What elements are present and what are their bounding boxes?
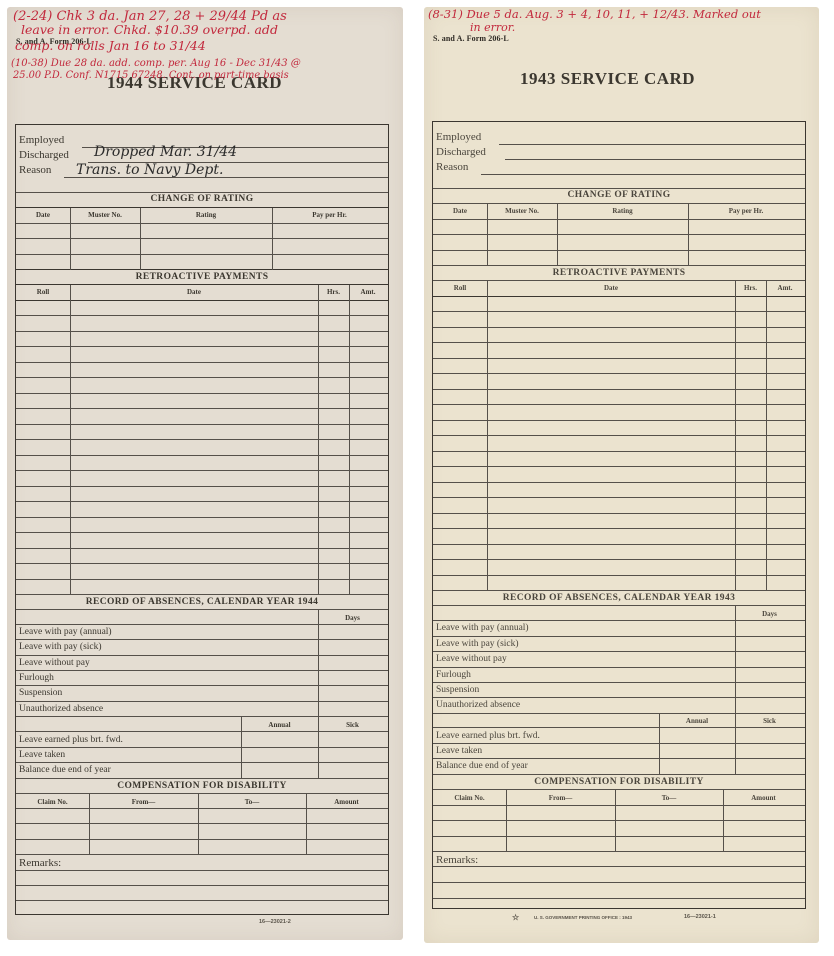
change-of-rating-header-row: CHANGE OF RATING [16,192,388,208]
sick-label: Sick [735,717,804,725]
balance-row[interactable]: Leave earned plus brt. fwd. [16,732,388,748]
table-row[interactable] [16,239,388,255]
table-row[interactable] [16,549,388,565]
remarks-line[interactable] [16,871,388,886]
remarks-line[interactable] [433,867,805,883]
table-row[interactable] [433,405,805,421]
table-row[interactable] [433,529,805,545]
absence-row[interactable]: Leave with pay (sick) [16,640,388,656]
balance-row[interactable]: Balance due end of year [16,763,388,779]
col-to: To— [615,794,723,802]
table-row[interactable] [16,363,388,379]
table-row[interactable] [433,837,805,852]
table-row[interactable] [433,312,805,328]
remarks-row[interactable]: Remarks: [433,852,805,867]
table-row[interactable] [16,316,388,332]
change-of-rating-heading: CHANGE OF RATING [433,190,805,200]
annual-label: Annual [241,721,318,729]
col-claim-no: Claim No. [433,794,506,802]
card-title: 1943 SERVICE CARD [520,69,695,89]
absence-row[interactable]: Leave with pay (sick) [433,637,805,652]
table-row[interactable] [16,332,388,348]
form-code: 16—23021-1 [684,914,716,920]
table-row[interactable] [16,840,388,855]
table-row[interactable] [433,359,805,375]
table-row[interactable] [16,347,388,363]
red-annotation-line: (8-31) Due 5 da. Aug. 3 + 4, 10, 11, + 1… [428,9,761,21]
balance-row[interactable]: Balance due end of year [433,759,805,775]
table-row[interactable] [16,301,388,317]
col-from: From— [506,794,615,802]
employed-field[interactable] [499,144,805,145]
discharged-field[interactable] [505,159,805,160]
retroactive-payments-heading: RETROACTIVE PAYMENTS [16,272,388,282]
printer-imprint: U. S. GOVERNMENT PRINTING OFFICE : 1943 [534,915,632,920]
retroactive-payments-heading: RETROACTIVE PAYMENTS [433,268,805,278]
table-row[interactable] [433,328,805,344]
table-row[interactable] [16,394,388,410]
disability-heading: COMPENSATION FOR DISABILITY [433,777,805,787]
absence-row[interactable]: Leave without pay [433,652,805,668]
form-frame: Employed Discharged Reason CHANGE OF RAT… [432,121,806,909]
remarks-row[interactable]: Remarks: [16,855,388,871]
table-row[interactable] [16,440,388,456]
col-amount: Amount [723,794,804,802]
absence-row[interactable]: Leave with pay (annual) [433,621,805,637]
days-label: Days [735,610,804,618]
absence-row[interactable]: Leave with pay (annual) [16,625,388,640]
star-icon: ☆ [512,913,519,922]
form-code: 16—23021-2 [259,919,291,925]
table-row[interactable] [16,518,388,534]
table-row[interactable] [433,251,805,266]
table-row[interactable] [433,220,805,235]
balance-row[interactable]: Leave taken [433,744,805,759]
reason-label: Reason [19,164,51,176]
table-row[interactable] [16,224,388,239]
table-row[interactable] [16,580,388,596]
remarks-line[interactable] [16,886,388,901]
table-row[interactable] [433,374,805,390]
annual-label: Annual [659,717,735,725]
change-of-rating-heading: CHANGE OF RATING [16,194,388,204]
balance-row[interactable]: Leave earned plus brt. fwd. [433,728,805,744]
red-annotation-line: (10-38) Due 28 da. add. comp. per. Aug 1… [11,59,301,69]
table-row[interactable] [16,255,388,270]
reason-field[interactable] [481,174,805,175]
absences-heading: RECORD OF ABSENCES, CALENDAR YEAR 1943 [433,593,805,603]
discharged-label: Discharged [19,149,69,161]
absence-row[interactable]: Suspension [433,683,805,698]
col-claim-no: Claim No. [16,798,89,806]
table-row[interactable] [433,467,805,483]
absences-heading: RECORD OF ABSENCES, CALENDAR YEAR 1944 [16,597,388,607]
discharged-value: Dropped Mar. 31/44 [94,145,237,159]
employed-label: Employed [436,131,481,143]
col-amount: Amount [306,798,387,806]
days-label: Days [318,614,387,622]
remarks-line[interactable] [433,883,805,899]
table-row[interactable] [433,806,805,821]
red-annotation-line: leave in error. Chkd. $10.39 overpd. add [21,24,278,37]
absence-row[interactable]: Unauthorized absence [16,702,388,717]
table-row[interactable] [433,390,805,406]
remarks-label: Remarks: [436,854,478,866]
absence-row[interactable]: Suspension [16,686,388,702]
service-card-1943: (8-31) Due 5 da. Aug. 3 + 4, 10, 11, + 1… [424,7,819,943]
table-row[interactable] [433,343,805,359]
table-row[interactable] [433,560,805,576]
disability-heading: COMPENSATION FOR DISABILITY [16,781,388,791]
table-row[interactable] [433,821,805,837]
table-row[interactable] [16,809,388,824]
table-row[interactable] [433,452,805,468]
table-row[interactable] [433,421,805,437]
table-row[interactable] [433,545,805,561]
sick-label: Sick [318,721,387,729]
employed-label: Employed [19,134,64,146]
table-row[interactable] [433,483,805,499]
form-number: S. and A. Form 206-L [433,34,509,43]
table-row[interactable] [16,471,388,487]
table-row[interactable] [433,297,805,313]
table-row[interactable] [16,824,388,840]
form-frame: Employed Discharged Dropped Mar. 31/44 R… [15,124,389,915]
table-row[interactable] [16,502,388,518]
red-annotation-line: 25.00 P.D. Conf. N1715 67248. Cont. on p… [13,71,289,81]
table-row[interactable] [433,498,805,514]
absence-row[interactable]: Furlough [433,668,805,683]
reason-value: Trans. to Navy Dept. [76,163,223,177]
table-row[interactable] [16,487,388,503]
service-card-1944: S. and A. Form 206-L 1944 SERVICE CARD (… [7,7,403,940]
reason-label: Reason [436,161,468,173]
absence-row[interactable]: Unauthorized absence [433,698,805,714]
discharged-label: Discharged [436,146,486,158]
absence-row[interactable]: Leave without pay [16,656,388,671]
red-annotation-line: in error. [470,22,515,33]
table-row[interactable] [16,533,388,549]
red-annotation-line: comp. on rolls Jan 16 to 31/44 [15,40,206,53]
col-from: From— [89,798,198,806]
table-row[interactable] [433,436,805,452]
table-row[interactable] [16,425,388,441]
table-row[interactable] [433,235,805,251]
table-row[interactable] [16,409,388,425]
absence-row[interactable]: Furlough [16,671,388,686]
table-row[interactable] [433,576,805,592]
table-row[interactable] [16,378,388,394]
remarks-label: Remarks: [19,857,61,869]
balance-row[interactable]: Leave taken [16,748,388,763]
col-to: To— [198,798,306,806]
table-row[interactable] [16,564,388,580]
table-row[interactable] [16,456,388,472]
table-row[interactable] [433,514,805,530]
